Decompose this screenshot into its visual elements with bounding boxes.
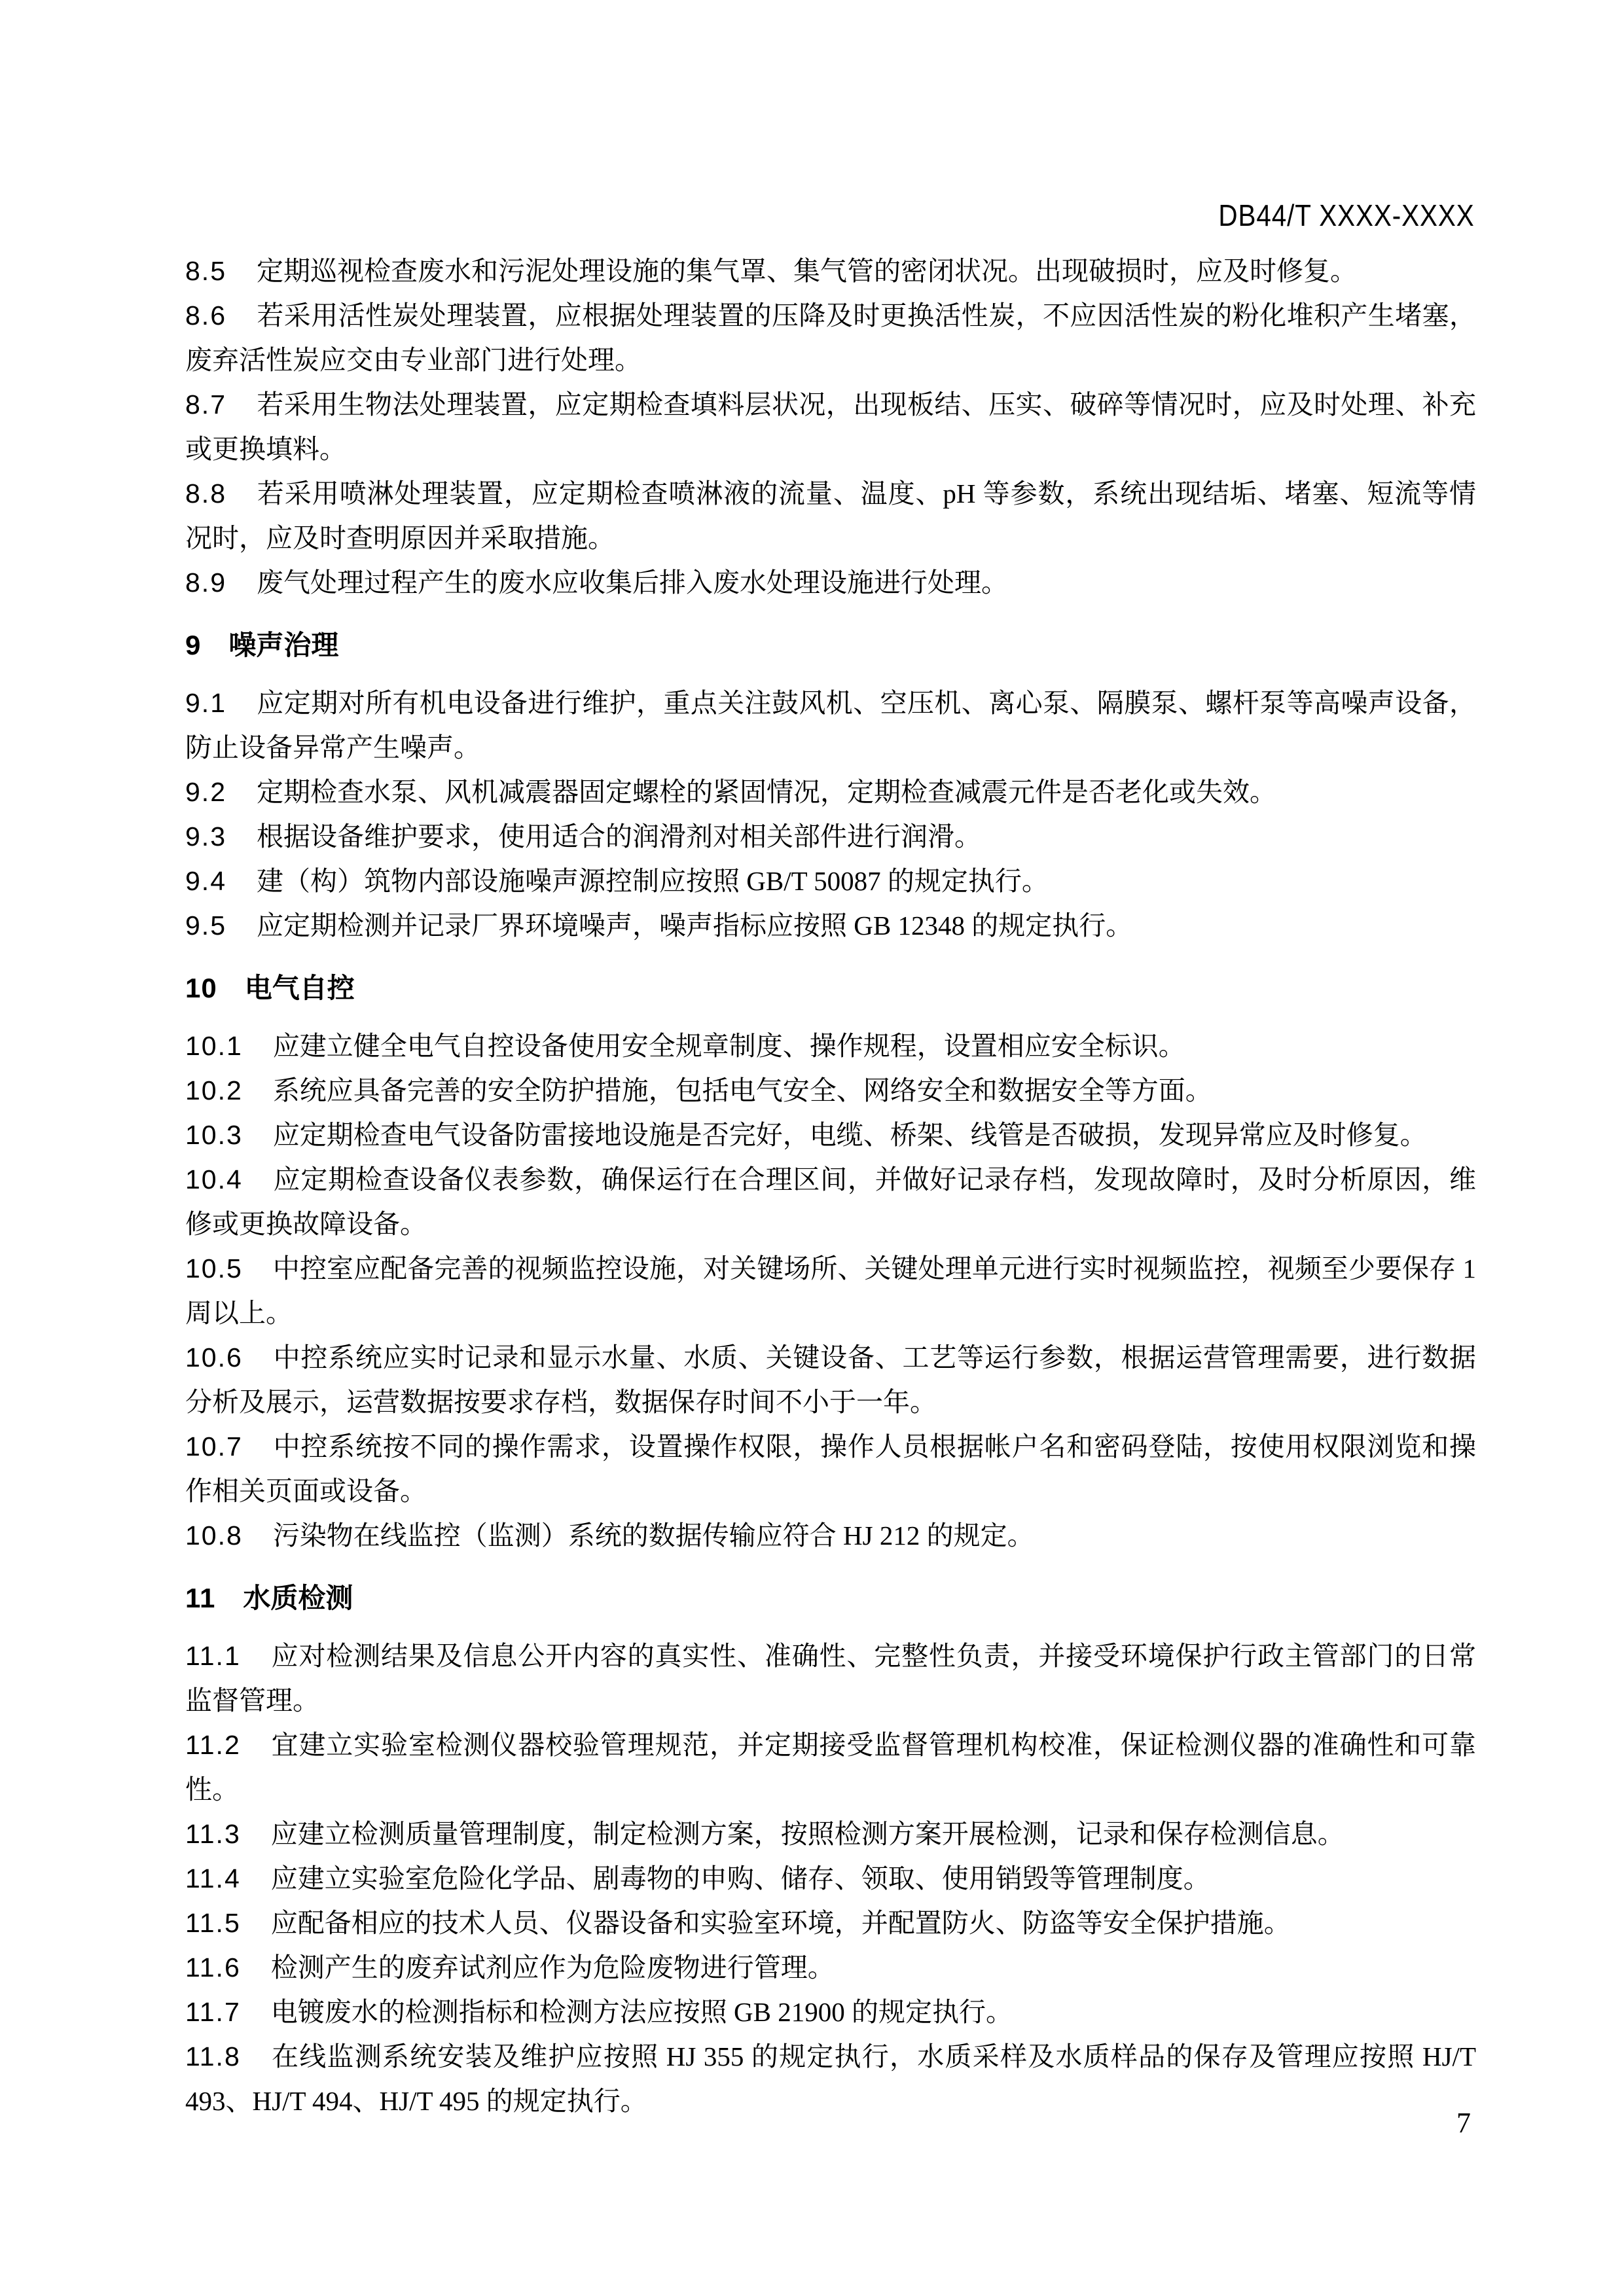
clause-text: 定期检查水泵、风机减震器固定螺栓的紧固情况，定期检查减震元件是否老化或失效。 [257, 777, 1276, 807]
clause-paragraph: 10.2系统应具备完善的安全防护措施，包括电气安全、网络安全和数据安全等方面。 [185, 1068, 1476, 1113]
clause-number: 8.6 [185, 300, 226, 331]
clause-paragraph: 9.5应定期检测并记录厂界环境噪声，噪声指标应按照 GB 12348 的规定执行… [185, 903, 1476, 948]
clause-number: 8.5 [185, 256, 226, 286]
clause-number: 10.5 [185, 1253, 243, 1283]
section: 10电气自控10.1应建立健全电气自控设备使用安全规章制度、操作规程，设置相应安… [185, 966, 1476, 1558]
clause-number: 11.3 [185, 1819, 241, 1849]
clause-text: 系统应具备完善的安全防护措施，包括电气安全、网络安全和数据安全等方面。 [273, 1075, 1212, 1105]
clause-text: 应配备相应的技术人员、仪器设备和实验室环境，并配置防火、防盗等安全保护措施。 [271, 1908, 1291, 1938]
section-number: 10 [185, 973, 217, 1003]
clause-text: 电镀废水的检测指标和检测方法应按照 GB 21900 的规定执行。 [271, 1997, 1013, 2027]
clause-number: 9.2 [185, 777, 226, 807]
clause-paragraph: 10.1应建立健全电气自控设备使用安全规章制度、操作规程，设置相应安全标识。 [185, 1024, 1476, 1068]
clause-paragraph: 11.4应建立实验室危险化学品、剧毒物的申购、储存、领取、使用销毁等管理制度。 [185, 1856, 1476, 1901]
clause-text: 定期巡视检查废水和污泥处理设施的集气罩、集气管的密闭状况。出现破损时，应及时修复… [257, 256, 1357, 286]
clause-paragraph: 11.6检测产生的废弃试剂应作为危险废物进行管理。 [185, 1945, 1476, 1990]
section-heading: 11水质检测 [185, 1576, 1476, 1621]
clause-number: 11.5 [185, 1908, 241, 1938]
clause-number: 10.1 [185, 1031, 243, 1061]
clause-text: 中控系统应实时记录和显示水量、水质、关键设备、工艺等运行参数，根据运营管理需要，… [185, 1342, 1476, 1417]
clause-text: 应定期检测并记录厂界环境噪声，噪声指标应按照 GB 12348 的规定执行。 [257, 910, 1132, 941]
clause-number: 10.8 [185, 1520, 243, 1551]
clause-number: 10.6 [185, 1342, 243, 1372]
clause-text: 建（构）筑物内部设施噪声源控制应按照 GB/T 50087 的规定执行。 [257, 866, 1049, 896]
clause-paragraph: 11.1应对检测结果及信息公开内容的真实性、准确性、完整性负责，并接受环境保护行… [185, 1634, 1476, 1723]
section: 8.5定期巡视检查废水和污泥处理设施的集气罩、集气管的密闭状况。出现破损时，应及… [185, 249, 1476, 605]
clause-text: 污染物在线监控（监测）系统的数据传输应符合 HJ 212 的规定。 [273, 1520, 1034, 1551]
clause-text: 应定期检查设备仪表参数，确保运行在合理区间，并做好记录存档，发现故障时，及时分析… [185, 1164, 1476, 1239]
clause-text: 应建立检测质量管理制度，制定检测方案，按照检测方案开展检测，记录和保存检测信息。 [271, 1819, 1344, 1849]
document-page: DB44/T XXXX-XXXX 8.5定期巡视检查废水和污泥处理设施的集气罩、… [0, 0, 1624, 2296]
clause-number: 10.3 [185, 1120, 243, 1150]
clause-number: 8.9 [185, 567, 226, 598]
clause-text: 中控系统按不同的操作需求，设置操作权限，操作人员根据帐户名和密码登陆，按使用权限… [185, 1431, 1476, 1506]
clause-paragraph: 10.7中控系统按不同的操作需求，设置操作权限，操作人员根据帐户名和密码登陆，按… [185, 1424, 1476, 1513]
section-heading: 9噪声治理 [185, 623, 1476, 668]
clause-number: 9.4 [185, 866, 226, 896]
clause-paragraph: 11.5应配备相应的技术人员、仪器设备和实验室环境，并配置防火、防盗等安全保护措… [185, 1901, 1476, 1945]
clause-text: 应定期检查电气设备防雷接地设施是否完好，电缆、桥架、线管是否破损，发现异常应及时… [273, 1120, 1427, 1150]
clause-text: 根据设备维护要求，使用适合的润滑剂对相关部件进行润滑。 [257, 821, 981, 852]
clause-paragraph: 10.6中控系统应实时记录和显示水量、水质、关键设备、工艺等运行参数，根据运营管… [185, 1335, 1476, 1424]
clause-text: 应对检测结果及信息公开内容的真实性、准确性、完整性负责，并接受环境保护行政主管部… [185, 1641, 1476, 1715]
clause-paragraph: 10.4应定期检查设备仪表参数，确保运行在合理区间，并做好记录存档，发现故障时，… [185, 1157, 1476, 1246]
clause-number: 10.4 [185, 1164, 243, 1194]
doc-code-header: DB44/T XXXX-XXXX [1219, 198, 1475, 233]
clause-paragraph: 8.7若采用生物法处理装置，应定期检查填料层状况，出现板结、压实、破碎等情况时，… [185, 382, 1476, 471]
page-number: 7 [1456, 2106, 1471, 2140]
clause-paragraph: 11.8在线监测系统安装及维护应按照 HJ 355 的规定执行，水质采样及水质样… [185, 2034, 1476, 2123]
clause-paragraph: 10.3应定期检查电气设备防雷接地设施是否完好，电缆、桥架、线管是否破损，发现异… [185, 1113, 1476, 1157]
clause-number: 11.4 [185, 1863, 241, 1893]
section-number: 9 [185, 630, 201, 660]
clause-text: 在线监测系统安装及维护应按照 HJ 355 的规定执行，水质采样及水质样品的保存… [185, 2041, 1476, 2116]
clause-text: 若采用活性炭处理装置，应根据处理装置的压降及时更换活性炭，不应因活性炭的粉化堆积… [185, 300, 1476, 375]
clause-text: 应建立健全电气自控设备使用安全规章制度、操作规程，设置相应安全标识。 [273, 1031, 1185, 1061]
clause-paragraph: 10.5中控室应配备完善的视频监控设施，对关键场所、关键处理单元进行实时视频监控… [185, 1246, 1476, 1335]
clause-text: 若采用喷淋处理装置，应定期检查喷淋液的流量、温度、pH 等参数，系统出现结垢、堵… [185, 478, 1476, 553]
section-title: 水质检测 [243, 1583, 353, 1613]
section-title: 电气自控 [245, 973, 355, 1003]
clause-paragraph: 9.2定期检查水泵、风机减震器固定螺栓的紧固情况，定期检查减震元件是否老化或失效… [185, 770, 1476, 814]
section: 11水质检测11.1应对检测结果及信息公开内容的真实性、准确性、完整性负责，并接… [185, 1576, 1476, 2123]
clause-paragraph: 8.9废气处理过程产生的废水应收集后排入废水处理设施进行处理。 [185, 560, 1476, 605]
clause-paragraph: 9.3根据设备维护要求，使用适合的润滑剂对相关部件进行润滑。 [185, 814, 1476, 859]
clause-number: 9.3 [185, 821, 226, 852]
clause-number: 11.2 [185, 1730, 241, 1760]
clause-text: 应建立实验室危险化学品、剧毒物的申购、储存、领取、使用销毁等管理制度。 [271, 1863, 1210, 1893]
clause-paragraph: 11.2宜建立实验室检测仪器校验管理规范，并定期接受监督管理机构校准，保证检测仪… [185, 1723, 1476, 1812]
clause-text: 宜建立实验室检测仪器校验管理规范，并定期接受监督管理机构校准，保证检测仪器的准确… [185, 1730, 1476, 1804]
clause-paragraph: 9.1应定期对所有机电设备进行维护，重点关注鼓风机、空压机、离心泵、隔膜泵、螺杆… [185, 681, 1476, 770]
document-body: 8.5定期巡视检查废水和污泥处理设施的集气罩、集气管的密闭状况。出现破损时，应及… [185, 249, 1476, 2123]
clause-number: 9.1 [185, 688, 226, 718]
clause-number: 11.6 [185, 1952, 241, 1982]
clause-paragraph: 11.3应建立检测质量管理制度，制定检测方案，按照检测方案开展检测，记录和保存检… [185, 1812, 1476, 1856]
clause-text: 若采用生物法处理装置，应定期检查填料层状况，出现板结、压实、破碎等情况时，应及时… [185, 389, 1476, 464]
clause-text: 检测产生的废弃试剂应作为危险废物进行管理。 [271, 1952, 835, 1982]
clause-number: 9.5 [185, 910, 226, 941]
clause-paragraph: 8.6若采用活性炭处理装置，应根据处理装置的压降及时更换活性炭，不应因活性炭的粉… [185, 293, 1476, 382]
clause-paragraph: 9.4建（构）筑物内部设施噪声源控制应按照 GB/T 50087 的规定执行。 [185, 859, 1476, 903]
clause-number: 8.7 [185, 389, 226, 420]
clause-paragraph: 11.7电镀废水的检测指标和检测方法应按照 GB 21900 的规定执行。 [185, 1990, 1476, 2034]
section-title: 噪声治理 [228, 630, 338, 660]
clause-paragraph: 8.5定期巡视检查废水和污泥处理设施的集气罩、集气管的密闭状况。出现破损时，应及… [185, 249, 1476, 293]
clause-text: 废气处理过程产生的废水应收集后排入废水处理设施进行处理。 [257, 567, 1008, 598]
clause-number: 10.7 [185, 1431, 243, 1462]
section: 9噪声治理9.1应定期对所有机电设备进行维护，重点关注鼓风机、空压机、离心泵、隔… [185, 623, 1476, 948]
clause-number: 11.8 [185, 2041, 241, 2072]
clause-number: 11.7 [185, 1997, 241, 2027]
clause-paragraph: 10.8污染物在线监控（监测）系统的数据传输应符合 HJ 212 的规定。 [185, 1513, 1476, 1558]
section-number: 11 [185, 1583, 215, 1613]
clause-text: 中控室应配备完善的视频监控设施，对关键场所、关键处理单元进行实时视频监控，视频至… [185, 1253, 1476, 1328]
clause-number: 8.8 [185, 478, 226, 509]
clause-number: 11.1 [185, 1641, 241, 1671]
clause-text: 应定期对所有机电设备进行维护，重点关注鼓风机、空压机、离心泵、隔膜泵、螺杆泵等高… [185, 688, 1476, 762]
section-heading: 10电气自控 [185, 966, 1476, 1011]
clause-paragraph: 8.8若采用喷淋处理装置，应定期检查喷淋液的流量、温度、pH 等参数，系统出现结… [185, 471, 1476, 560]
clause-number: 10.2 [185, 1075, 243, 1105]
